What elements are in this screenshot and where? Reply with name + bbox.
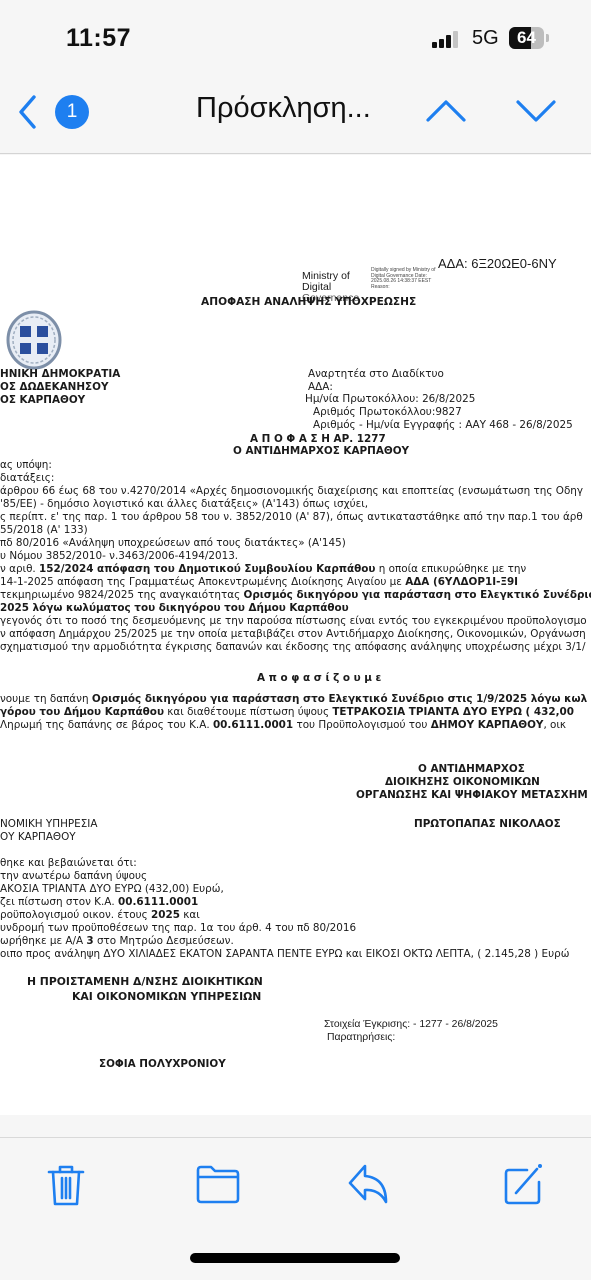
message-subject-title: Πρόσκληση... [196,92,371,125]
battery-icon: 64 [509,27,544,49]
chevron-left-icon [14,94,44,130]
chevron-down-icon [514,96,558,126]
deputy-title-2: ΔΙΟΙΚΗΣΗΣ ΟΙΚΟΝΟΜΙΚΩΝ [385,776,540,788]
move-to-folder-button[interactable] [194,1162,238,1206]
reply-icon [346,1162,392,1208]
certification-line: υνδρομή των προϋποθέσεων της παρ. 1α του… [0,922,356,934]
status-bar: 11:57 5G 64 [0,0,591,80]
issuer-line-2: ΟΣ ΔΩΔΕΚΑΝΗΣΟΥ [0,381,109,393]
trash-icon [44,1162,88,1208]
finance-service-2: ΟΥ ΚΑΡΠΑΘΟΥ [0,831,76,843]
certification-line: την ανωτέρω δαπάνη ύψους [0,870,147,882]
delete-button[interactable] [44,1162,88,1206]
next-message-button[interactable] [514,96,558,126]
resolve-heading: Α π ο φ α σ ί ζ ο υ μ ε [257,672,381,684]
compose-button[interactable] [501,1162,545,1206]
unread-count-badge[interactable]: 1 [55,95,89,129]
decision-title: ΑΠΟΦΑΣΗ ΑΝΑΛΗΨΗΣ ΥΠΟΧΡΕΩΣΗΣ [201,296,416,308]
mail-toolbar [0,1137,591,1280]
paragraph-line: 2025 λόγω κωλύματος του δικηγόρου του Δή… [0,602,349,614]
resolution-line: νουμε τη δαπάνη Ορισμός δικηγόρου για πα… [0,693,587,705]
certification-line: ζει πίστωση στον Κ.Α. 00.6111.0001 [0,896,198,908]
ada-code: ΑΔΑ: 6Ξ20ΩΕ0-6ΝΥ [438,256,557,271]
consideration-line: '85/ΕΕ) - δημόσιο λογιστικό και άλλες δι… [0,498,368,510]
folder-icon [194,1162,242,1208]
consideration-line: 55/2018 (Α' 133) [0,524,88,536]
paragraph-line: τεκμηριωμένο 9824/2025 της αναγκαιότητας… [0,589,591,601]
battery-percent: 64 [509,27,544,49]
ada-label: ΑΔΑ: [308,381,333,393]
consideration-line: άρθρου 66 έως 68 του ν.4270/2014 «Αρχές … [0,485,583,497]
issuer-line-3: ΟΣ ΚΑΡΠΑΘΟΥ [0,394,85,406]
deputy-title-1: Ο ΑΝΤΙΔΗΜΑΡΧΟΣ [418,763,525,775]
paragraph-line: γεγονός ότι το ποσό της δεσμευόμενης με … [0,615,587,627]
previous-message-button[interactable] [424,96,468,126]
chevron-up-icon [424,96,468,126]
protocol-number: Αριθμός Πρωτοκόλλου:9827 [313,406,462,418]
mail-nav-bar: 1 Πρόσκληση... [0,80,591,154]
deputy-title-3: ΟΡΓΑΝΩΣΗΣ ΚΑΙ ΨΗΦΙΑΚΟΥ ΜΕΤΑΣΧΗΜ [356,789,588,801]
decision-number: Α Π Ο Φ Α Σ Η ΑΡ. 1277 [250,433,386,445]
network-type: 5G [472,27,499,50]
protocol-date: Ημ/νία Πρωτοκόλλου: 26/8/2025 [305,393,475,405]
director-title-2: ΚΑΙ ΟΙΚΟΝΟΜΙΚΩΝ ΥΠΗΡΕΣΙΩΝ [72,990,261,1003]
paragraph-line: ν αριθ. 152/2024 απόφαση του Δημοτικού Σ… [0,563,526,575]
consideration-line: πδ 80/2016 «Ανάληψη υποχρεώσεων από τους… [0,537,346,549]
registration-number: Αριθμός - Ημ/νία Εγγραφής : ΑΑΥ 468 - 26… [313,419,573,431]
resolution-line: γόρου του Δήμου Καρπάθου και διαθέτουμε … [0,706,574,718]
clock: 11:57 [66,24,131,53]
home-indicator[interactable] [190,1253,400,1263]
consideration-line: υ Νόμου 3852/2010- ν.3463/2006-4194/2013… [0,550,238,562]
deputy-name: ΠΡΩΤΟΠΑΠΑΣ ΝΙΚΟΛΑΟΣ [414,818,561,830]
paragraph-line: 14-1-2025 απόφαση της Γραμματέως Αποκεντ… [0,576,518,588]
consideration-line: ας υπόψη: [0,459,52,471]
paragraph-line: σχηματισμού την αρμοδιότητα έγκρισης δαπ… [0,641,585,653]
consideration-line: διατάξεις: [0,472,54,484]
director-name: ΣΟΦΙΑ ΠΟΛΥΧΡΟΝΙΟΥ [99,1058,226,1070]
paragraph-line: ν απόφαση Δημάρχου 25/2025 με την οποία … [0,628,586,640]
director-title-1: Η ΠΡΟΙΣΤΑΜΕΝΗ Δ/ΝΣΗΣ ΔΙΟΙΚΗΤΙΚΩΝ [27,975,263,988]
publish-note: Αναρτητέα στο Διαδίκτυο [308,368,444,380]
compose-icon [501,1162,547,1208]
certification-line: ΑΚΟΣΙΑ ΤΡΙΑΝΤΑ ΔΥΟ ΕΥΡΩ (432,00) Ευρώ, [0,883,224,895]
certification-line: θηκε και βεβαιώνεται ότι: [0,857,137,869]
resolution-line: Λ​ηρωμή της δαπάνης σε βάρος του Κ.Α. 00… [0,719,566,731]
issuer-line-1: ΗΝΙΚΗ ΔΗΜΟΚΡΑΤΙΑ [0,368,120,380]
certification-line: ωρήθηκε με Α/Α 3 στο Μητρώο Δεσμεύσεων. [0,935,234,947]
certification-line: οιπο προς ανάληψη ΔΥΟ ΧΙΛΙΑΔΕΣ ΕΚΑΤΟΝ ΣΑ… [0,948,569,960]
greek-coat-of-arms-icon [6,310,62,370]
finance-service-1: ΝΟΜΙΚΗ ΥΠΗΡΕΣΙΑ [0,818,97,830]
battery-tip [546,34,549,42]
attachment-document-view[interactable]: ΑΔΑ: 6Ξ20ΩΕ0-6ΝΥ Ministry of Digital Gov… [0,155,591,1115]
signal-icon [432,31,460,48]
approval-remarks: Παρατηρήσεις: [327,1032,395,1044]
certification-line: ροϋπολογισμού οικον. έτους 2025 και [0,909,200,921]
consideration-line: ς περίπτ. ε' της παρ. 1 του άρθρου 58 το… [0,511,583,523]
approval-details: Στοιχεία Έγκρισης: - 1277 - 26/8/2025 [324,1019,498,1031]
back-button[interactable] [14,94,44,130]
digital-signature-details: Digitally signed by Ministry of Digital … [371,268,441,290]
decision-by: Ο ΑΝΤΙΔΗΜΑΡΧΟΣ ΚΑΡΠΑΘΟΥ [233,445,409,457]
reply-button[interactable] [346,1162,390,1206]
